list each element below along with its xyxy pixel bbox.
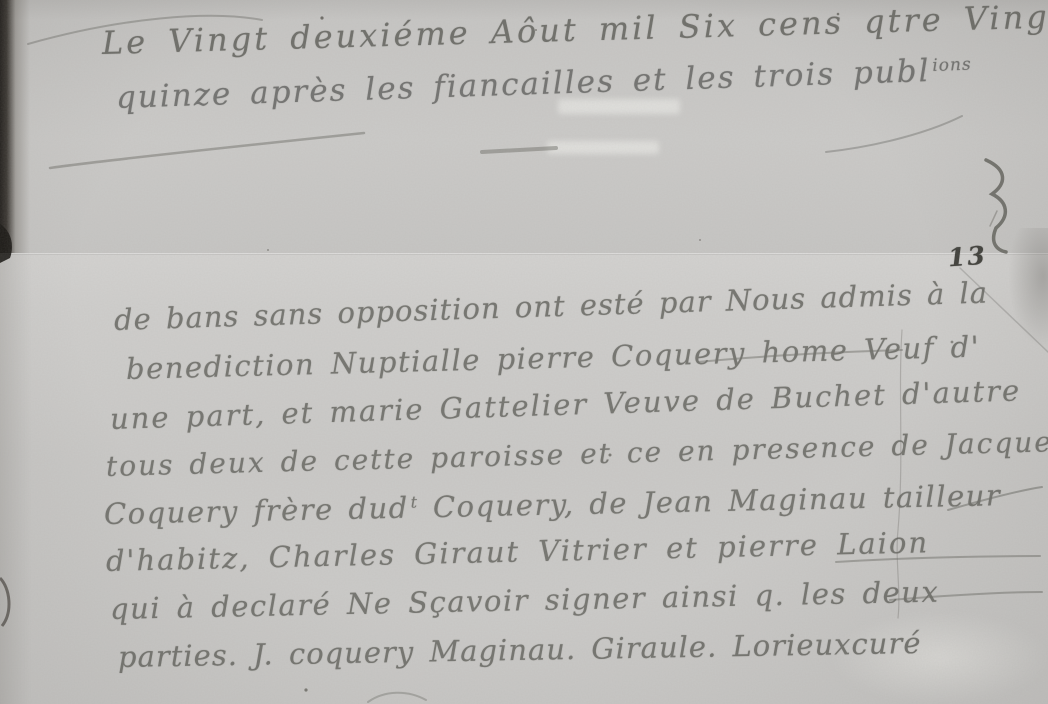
erased-smudge	[558, 99, 680, 114]
manuscript-text: Coquery frère dud	[104, 491, 409, 531]
superscript-abbreviation: ions	[932, 54, 972, 75]
scanned-register-page: Le Vingt deuxiéme Aôut mil Six cens qtre…	[0, 0, 1048, 704]
erased-smudge	[547, 141, 659, 154]
crease-shadow	[1008, 228, 1048, 348]
folio-page-number: 13	[947, 241, 988, 273]
book-binding-edge	[0, 0, 30, 253]
